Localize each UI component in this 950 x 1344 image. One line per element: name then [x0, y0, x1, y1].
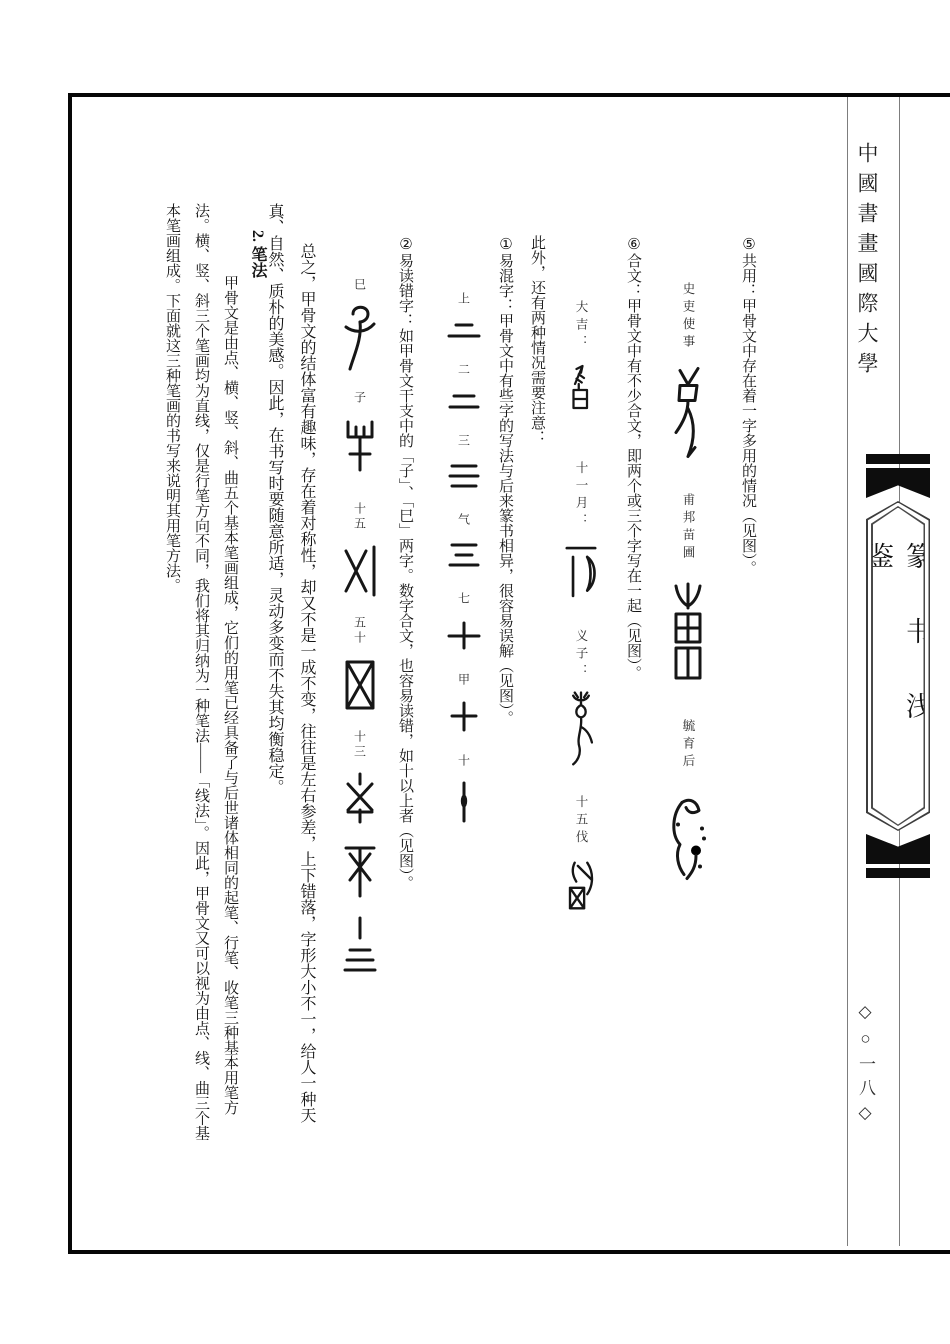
- example-label: 七: [456, 592, 473, 607]
- example-label: 甲: [456, 673, 473, 688]
- paragraph-hewen: ⑥合文：甲骨文中有不少合文，即两个或三个字写在一起（见图）。: [618, 235, 648, 700]
- title-banner: 篆书浅鉴: [866, 454, 930, 878]
- oracle-glyph-qi-seven: [444, 617, 484, 653]
- oracle-glyph-yu-mother-child: [666, 782, 710, 917]
- example-label: 毓育后: [679, 719, 697, 772]
- example-label: 义子：: [572, 629, 590, 682]
- example-label: 十一月：: [572, 461, 590, 531]
- paragraph-bifa: 甲骨文是由点、横、竖、斜、曲五个基本笔画组成，它们的用笔已经具备了与后世诸体相同…: [156, 203, 244, 1141]
- oracle-glyph-miao-sprout-field: [668, 573, 708, 693]
- section-heading: 2. 笔法: [244, 230, 270, 340]
- sidebar-rule-left: [847, 97, 848, 1246]
- oracle-glyph-wushi: [340, 656, 380, 714]
- paragraph-note-intro: 此外，还有两种情况需要注意：: [524, 235, 552, 450]
- example-label: 甫邦苗圃: [679, 493, 697, 563]
- examples-hewen: 大吉： 十一月： 义子： 十五伐: [556, 300, 606, 924]
- example-label: 上: [456, 292, 473, 307]
- banner-top-bar: [866, 454, 930, 464]
- book-page: { "colors": { "paper": "#ffffff", "ink":…: [0, 0, 950, 1344]
- example-label: 三: [456, 434, 473, 449]
- oracle-glyph-shang: [444, 317, 484, 343]
- paragraph-yihun: ①易混字：甲骨文中有些字的写法与后来篆书相异，很容易误解（见图）。: [492, 235, 520, 740]
- example-label: 史吏使事: [679, 282, 697, 352]
- page-number: ◇○一八◇: [853, 1002, 878, 1142]
- oracle-glyph-shiyiyue: [559, 541, 603, 603]
- banner-bottom-ribbon: [866, 834, 930, 864]
- oracle-glyph-shiwufa: [559, 858, 603, 924]
- institution-title: 中國書畫國際大學: [852, 142, 882, 502]
- paragraph-yidu: ②易读错字：如甲骨文干支中的「子」、「巳」两字。数字合文，也容易读错，如十以上者…: [392, 235, 420, 915]
- example-label: 五十: [352, 616, 369, 646]
- example-label: 十五: [352, 502, 369, 532]
- oracle-glyph-daji: [561, 363, 601, 435]
- oracle-glyph-qi-air: [444, 538, 484, 572]
- oracle-glyph-shi-history: [668, 362, 708, 467]
- oracle-glyph-er: [444, 388, 484, 414]
- oracle-glyph-shiwu: [340, 542, 380, 600]
- banner-bottom-bar: [866, 868, 930, 878]
- oracle-glyph-jia: [444, 698, 484, 734]
- examples-gongyong: 史吏使事 甫邦苗圃 毓育后: [662, 282, 714, 917]
- examples-yihun: 上 二 三 气 七 甲 十: [444, 292, 484, 825]
- section-title: 笔法: [249, 246, 266, 278]
- oracle-glyph-si: [340, 303, 380, 375]
- section-number: 2.: [249, 230, 266, 242]
- banner-top-ribbon: [866, 468, 930, 498]
- oracle-glyph-shisan-variant-3: [340, 914, 380, 980]
- oracle-glyph-shisan-variant-1: [340, 770, 380, 828]
- example-label: 气: [456, 513, 473, 528]
- oracle-glyph-san: [444, 459, 484, 493]
- oracle-glyph-shi-ten: [444, 779, 484, 825]
- banner-cartouche: 篆书浅鉴: [866, 501, 930, 831]
- example-label: 子: [352, 391, 369, 406]
- example-label: 巳: [352, 278, 369, 293]
- example-label: 二: [456, 363, 473, 378]
- oracle-glyph-yizi: [561, 691, 601, 769]
- example-label: 十: [456, 754, 473, 769]
- paragraph-summary: 总之，甲骨文的结体富有趣味，存在着对称性，却又不是一成不变，往往是左右参差，上下…: [258, 203, 322, 1145]
- example-label: 十五伐: [572, 795, 590, 848]
- paragraph-gongyong: ⑤共用：甲骨文中存在着一字多用的情况（见图）。: [733, 235, 763, 610]
- example-label: 大吉：: [572, 300, 590, 353]
- oracle-glyph-shisan-variant-2: [340, 840, 380, 902]
- example-label: 十三: [352, 730, 369, 760]
- oracle-glyph-zi: [340, 416, 380, 486]
- examples-yidu: 巳 子 十五 五十 十三: [338, 278, 382, 980]
- cartouche-inner-fill: 篆书浅鉴: [873, 508, 924, 825]
